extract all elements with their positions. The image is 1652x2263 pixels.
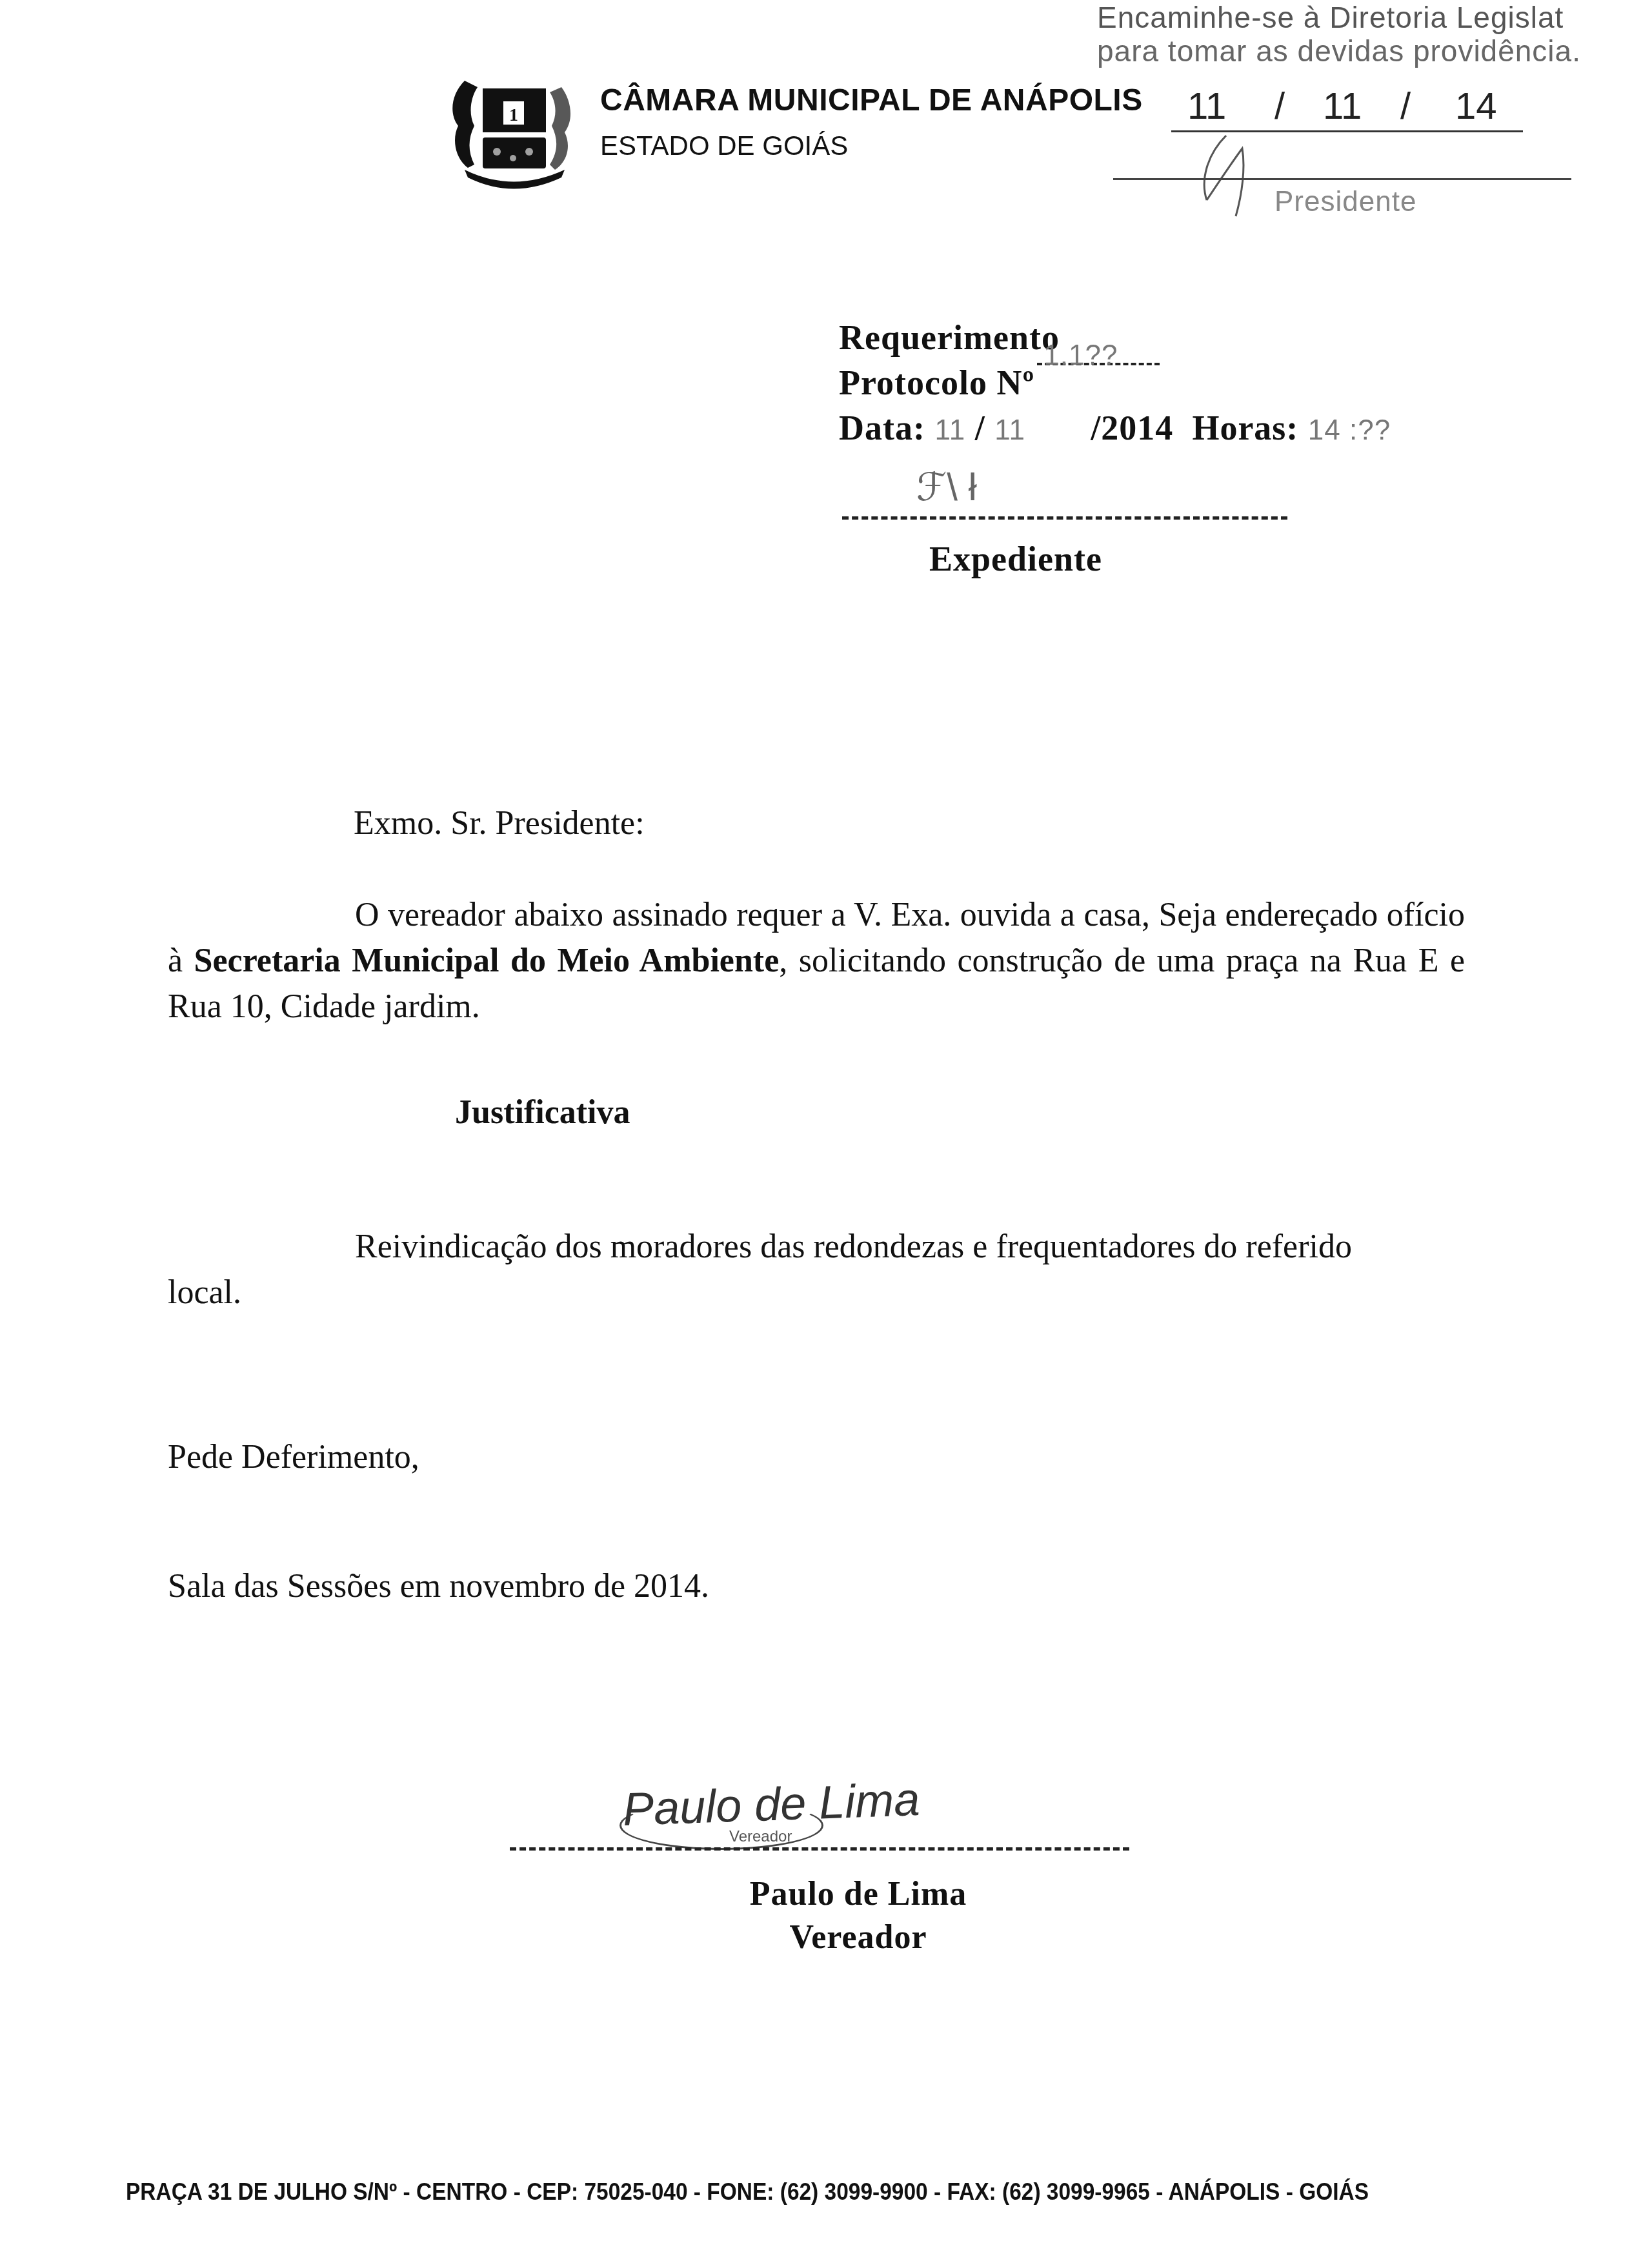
paragraph-recipient: Secretaria Municipal do Meio Ambiente [194,942,780,979]
hours-value: 14 :?? [1308,414,1391,446]
dispatch-date-month: 11 [1323,85,1362,128]
dispatch-date-year: 14 [1455,85,1497,128]
date-year: /2014 [1091,409,1173,447]
date-month: 11 [994,414,1025,446]
protocol-field: Protocolo Nº1.1?? [839,363,1160,403]
dispatch-stamp-line2: para tomar as devidas providência. [1097,34,1581,68]
protocol-value: 1.1?? [1043,340,1118,371]
closing: Pede Deferimento, [168,1434,419,1480]
protocol-label: Protocolo Nº [839,363,1034,402]
dispatch-date-sep: / [1400,85,1411,128]
salutation: Exmo. Sr. Presidente: [354,800,645,846]
place-and-date: Sala das Sessões em novembro de 2014. [168,1563,709,1609]
receiver-initials: ℱ\ ł [916,465,977,510]
request-paragraph: O vereador abaixo assinado requer a V. E… [168,892,1465,1030]
signature-line [510,1847,1129,1851]
coat-of-arms-icon: 1 [439,61,587,200]
signer-name: Paulo de Lima [581,1875,1136,1913]
dispatch-stamp-line1: Encaminhe-se à Diretoria Legislat [1097,0,1564,35]
justification-title: Justificativa [455,1093,630,1131]
justification-text: Reivindicação dos moradores das redondez… [168,1224,1394,1315]
organization-state: ESTADO DE GOIÁS [600,130,848,161]
justification-body: Reivindicação dos moradores das redondez… [168,1228,1352,1311]
dispatch-date-sep: / [1274,85,1285,128]
receiver-signature-line [842,516,1287,520]
dispatch-stamp-date: 11 / 11 / 14 [1171,72,1523,132]
organization-name: CÂMARA MUNICIPAL DE ANÁPOLIS [600,83,1143,118]
hours-label: Horas: [1192,409,1298,447]
svg-text:1: 1 [509,105,518,125]
dispatch-date-day: 11 [1187,85,1226,128]
dispatch-signer-role: Presidente [1274,186,1416,218]
protocol-value-line: 1.1?? [1037,363,1160,365]
president-signature-icon [1181,129,1278,219]
dispatch-signature-line [1113,178,1571,180]
signature-stamp-subtitle: Vereador [729,1828,792,1846]
section-expediente: Expediente [929,539,1102,579]
handwritten-signature: Paulo de Lima [622,1773,921,1836]
date-field: Data: 11 / 11 /2014 Horas: 14 :?? [839,408,1391,448]
date-sep: / [975,409,985,447]
date-day: 11 [934,414,965,446]
signer-role: Vereador [581,1918,1136,1956]
date-label: Data: [839,409,925,447]
footer-address: PRAÇA 31 DE JULHO S/Nº - CENTRO - CEP: 7… [126,2178,1369,2206]
request-title: Requerimento [839,318,1060,358]
